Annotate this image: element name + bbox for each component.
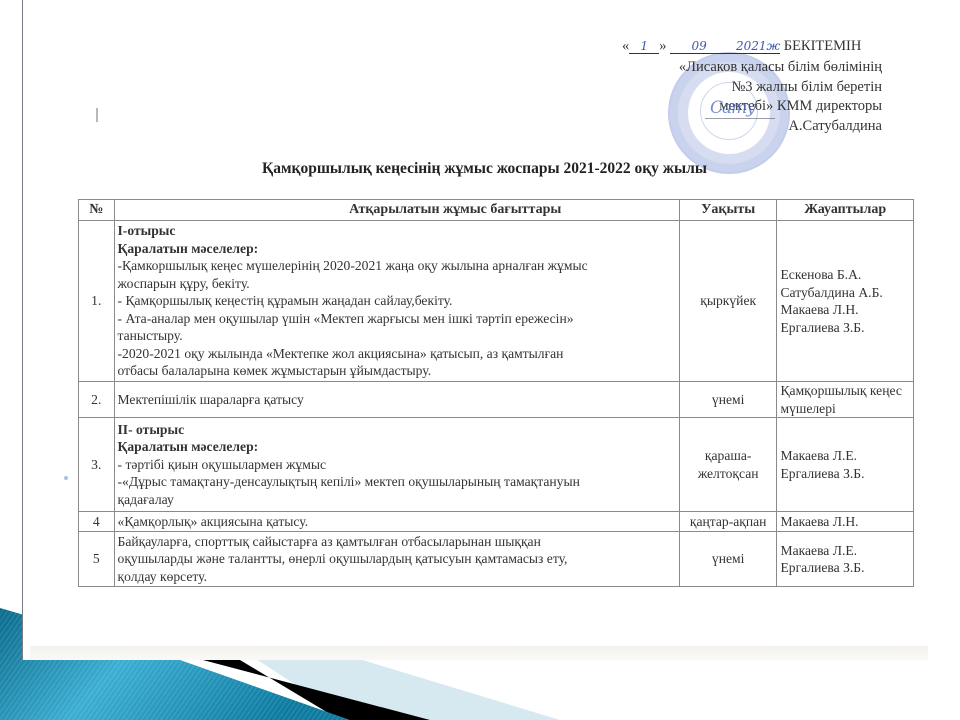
table-row: 4 «Қамқорлық» акциясына қатысу. қаңтар-а… [79, 512, 914, 532]
row-number: 4 [79, 512, 115, 532]
session-title: ІІ- отырыс [118, 421, 676, 439]
responsible-person: Ергалиева З.Б. [780, 319, 910, 337]
signature: Сату [710, 98, 755, 118]
row-number: 2. [79, 382, 115, 418]
row-responsible: Макаева Л.Н. [777, 512, 914, 532]
task-line: отбасы балаларына көмек жұмыстарын ұйымд… [118, 362, 676, 380]
responsible-person: мүшелері [780, 400, 910, 418]
responsible-person: Макаева Л.Н. [780, 301, 910, 319]
responsible-person: Сатубалдина А.Б. [780, 284, 910, 302]
responsible-person: Ескенова Б.А. [780, 266, 910, 284]
task-line: Байқауларға, спорттық сайыстарға аз қамт… [118, 533, 676, 551]
scan-artifact-dot [64, 476, 68, 480]
task-line: - Қамқоршылық кеңестің құрамын жаңадан с… [118, 292, 676, 310]
responsible-person: Ергалиева З.Б. [780, 559, 910, 577]
sheet-edge-shadow [30, 646, 928, 660]
row-number: 1. [79, 221, 115, 382]
approval-date-line: «1» 092021ж БЕКІТЕМІН [622, 38, 861, 55]
time-value: қаңтар-ақпан [683, 513, 774, 531]
task-line: жоспарын құру, бекіту. [118, 275, 676, 293]
document-title: Қамқоршылық кеңесінің жұмыс жоспары 2021… [262, 160, 707, 178]
time-value: желтоқсан [683, 465, 774, 483]
header-responsible: Жауаптылар [777, 200, 914, 221]
responsible-person: Макаева Л.Е. [780, 542, 910, 560]
session-title: І-отырыс [118, 222, 676, 240]
time-value: қараша- [683, 447, 774, 465]
task-line: - Ата-аналар мен оқушылар үшін «Мектеп ж… [118, 310, 676, 328]
row-responsible: Макаева Л.Е. Ергалиева З.Б. [777, 532, 914, 587]
table-row: 2. Мектепішілік шараларға қатысу үнемі Қ… [79, 382, 914, 418]
approval-day: 1 [629, 39, 659, 54]
responsible-person: Макаева Л.Е. [780, 447, 910, 465]
header-number: № [79, 200, 115, 221]
time-value: үнемі [683, 550, 774, 568]
row-responsible: Макаева Л.Е. Ергалиева З.Б. [777, 418, 914, 512]
responsible-person: Қамқоршылық кеңес [780, 382, 910, 400]
time-value: қыркүйек [683, 292, 774, 310]
row-time: үнемі [679, 532, 777, 587]
task-line: қолдау көрсету. [118, 568, 676, 586]
responsible-person: Ергалиева З.Б. [780, 465, 910, 483]
row-tasks: Мектепішілік шараларға қатысу [114, 382, 679, 418]
row-tasks: ІІ- отырыс Қаралатын мәселелер: - тәртіб… [114, 418, 679, 512]
row-number: 3. [79, 418, 115, 512]
task-line: «Қамқорлық» акциясына қатысу. [118, 513, 676, 531]
table-row: 1. І-отырыс Қаралатын мәселелер: -Қамкор… [79, 221, 914, 382]
table-row: 3. ІІ- отырыс Қаралатын мәселелер: - тәр… [79, 418, 914, 512]
scan-artifact [96, 108, 98, 122]
row-tasks: Байқауларға, спорттық сайыстарға аз қамт… [114, 532, 679, 587]
time-value: үнемі [683, 391, 774, 409]
task-line: Мектепішілік шараларға қатысу [118, 391, 676, 409]
task-line: таныстыру. [118, 327, 676, 345]
responsible-person: Макаева Л.Н. [780, 513, 910, 531]
approval-line: №3 жалпы білім беретін [679, 78, 882, 98]
row-time: қыркүйек [679, 221, 777, 382]
row-tasks: «Қамқорлық» акциясына қатысу. [114, 512, 679, 532]
task-line: -Қамкоршылық кеңес мүшелерінің 2020-2021… [118, 257, 676, 275]
approval-block: «Лисаков қаласы білім бөлімінің №3 жалпы… [679, 58, 882, 136]
header-tasks: Атқарылатын жұмыс бағыттары [114, 200, 679, 221]
task-line: -«Дұрыс тамақтану-денсаулықтың кепілі» м… [118, 473, 676, 491]
table-header-row: № Атқарылатын жұмыс бағыттары Уақыты Жау… [79, 200, 914, 221]
row-time: қараша- желтоқсан [679, 418, 777, 512]
row-responsible: Қамқоршылық кеңес мүшелері [777, 382, 914, 418]
approval-month: 09 [670, 39, 728, 54]
signature-line [705, 118, 775, 119]
table-row: 5 Байқауларға, спорттық сайыстарға аз қа… [79, 532, 914, 587]
approval-heading: БЕКІТЕМІН [784, 38, 862, 54]
row-tasks: І-отырыс Қаралатын мәселелер: -Қамкоршыл… [114, 221, 679, 382]
row-time: үнемі [679, 382, 777, 418]
task-line: - тәртібі қиын оқушылармен жұмыс [118, 456, 676, 474]
row-time: қаңтар-ақпан [679, 512, 777, 532]
approval-year: 2021ж [728, 39, 780, 54]
row-responsible: Ескенова Б.А. Сатубалдина А.Б. Макаева Л… [777, 221, 914, 382]
approval-line: «Лисаков қаласы білім бөлімінің [679, 58, 882, 78]
task-line: оқушыларды және талантты, өнерлі оқушыла… [118, 550, 676, 568]
work-plan-table: № Атқарылатын жұмыс бағыттары Уақыты Жау… [78, 199, 914, 587]
session-subtitle: Қаралатын мәселелер: [118, 240, 676, 258]
session-subtitle: Қаралатын мәселелер: [118, 438, 676, 456]
task-line: қадағалау [118, 491, 676, 509]
header-time: Уақыты [679, 200, 777, 221]
director-name: А.Сатубалдина [679, 117, 882, 137]
task-line: -2020-2021 оқу жылында «Мектепке жол акц… [118, 345, 676, 363]
row-number: 5 [79, 532, 115, 587]
